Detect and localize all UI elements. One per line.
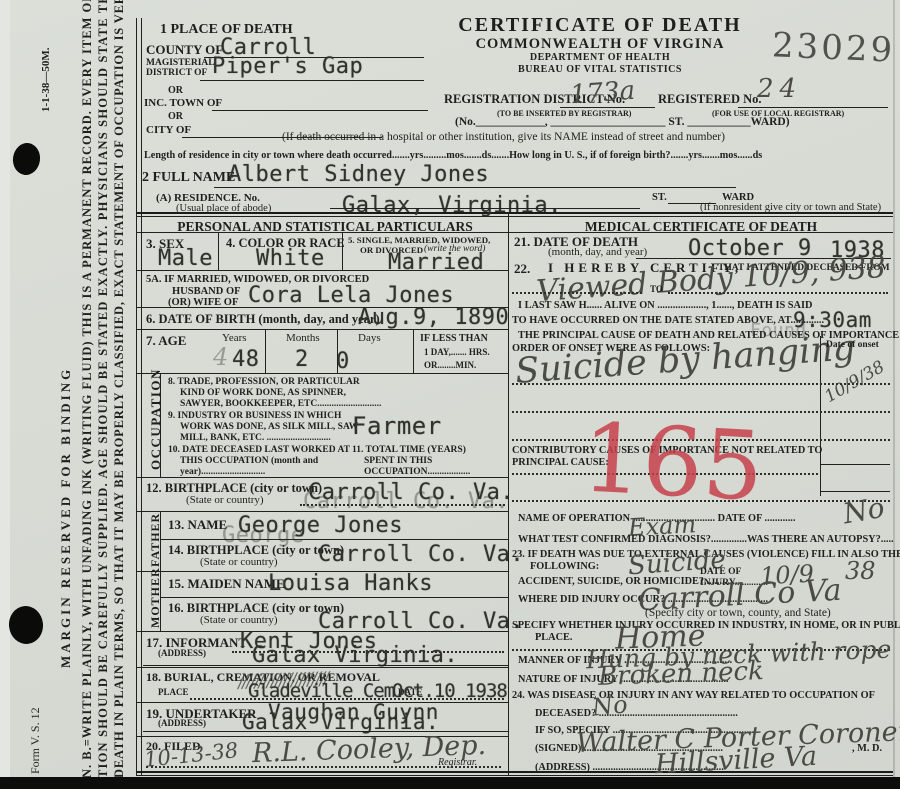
total-time-label-1: 11. TOTAL TIME (YEARS) (352, 445, 466, 455)
industry-label-2: WORK WAS DONE, AS SILK MILL, SAW (180, 422, 358, 432)
st-label: ST. (652, 192, 667, 203)
death-certificate-scan: 1-1-38—50M. Form V. S. 12 MARGIN RESERVE… (0, 0, 900, 789)
trade-label-3: SAWYER, BOOKKEEPER, ETC.................… (180, 399, 381, 409)
attended-leader-1 (512, 292, 642, 294)
race-value: White (256, 246, 325, 271)
form-border-left-inner (141, 18, 142, 775)
occupation-inner-divider (160, 373, 161, 477)
occupation-related-value: No (591, 690, 629, 722)
age-divider-2 (337, 329, 338, 373)
certify-number: 22. (514, 261, 530, 277)
age-months-value: 2 (295, 347, 309, 372)
informant-address-label: (ADDRESS) (158, 648, 206, 658)
age-divider-1 (265, 329, 266, 373)
onset-box-border (820, 336, 821, 496)
department-line: DEPARTMENT OF HEALTH (455, 52, 745, 63)
father-name-value: George Jones (238, 513, 403, 538)
last-saw-line: I LAST SAW H...... ALIVE ON ............… (518, 300, 812, 311)
mother-birthplace-note: (State or country) (200, 614, 278, 626)
to-label: TO (650, 284, 663, 294)
autopsy-value-handwriting: No (840, 491, 886, 531)
age-days-label: Days (358, 332, 381, 344)
father-inner-divider (160, 511, 161, 571)
attended-leader-2 (668, 292, 888, 294)
inc-town-label: INC. TOWN OF (144, 97, 222, 109)
margin-nb-line2: TION SHOULD BE CAREFULLY SUPPLIED. AGE S… (96, 0, 111, 778)
industry-label-1: 9. INDUSTRY OR BUSINESS IN WHICH (168, 411, 341, 421)
total-time-label-3: OCCUPATION.................. (364, 467, 470, 477)
full-name-value: Albert Sidney Jones (228, 162, 489, 187)
margin-print-code: 1-1-38—50M. (40, 48, 52, 112)
sex-value: Male (158, 246, 213, 271)
marital-value: Married (388, 250, 484, 275)
row-rule-13 (136, 511, 508, 512)
injury-year-value: 38 (845, 557, 876, 585)
occupation-related-line-1: 24. WAS DISEASE OR INJURY IN ANY WAY REL… (512, 690, 875, 701)
dob-value: Aug.9, 1890 (358, 305, 509, 330)
cause-leader-1 (512, 383, 890, 385)
undertaker-address-label: (ADDRESS) (158, 718, 206, 728)
red-code-number: 165 (579, 403, 766, 522)
district-underline (200, 80, 424, 81)
row-rule-7 (136, 329, 508, 330)
district-label-1: MAGISTERIAL (146, 58, 215, 68)
birthplace-leader (300, 504, 505, 506)
full-name-underline (214, 187, 736, 188)
specify-line-2: PLACE. (535, 632, 572, 643)
margin-nb-line3: DEATH IN PLAIN TERMS, SO THAT IT MAY BE … (112, 0, 127, 778)
last-worked-label-3: year)........................... (180, 467, 265, 477)
burial-place-label: PLACE (158, 687, 189, 697)
scan-edge-right (893, 0, 895, 777)
father-birthplace-value: Carroll Co. Va. (318, 542, 524, 567)
registration-underline (560, 107, 655, 108)
age-divider-3 (413, 329, 414, 373)
where-injury-note: (Specify city or town, county, and State… (645, 607, 831, 619)
scan-edge-bottom (0, 777, 900, 789)
length-of-residence-line: Length of residence in city or town wher… (144, 150, 762, 161)
onset-box-line-1 (820, 464, 890, 465)
punch-hole-top (11, 141, 42, 176)
injury-date-label-1: DATE OF (700, 567, 741, 577)
medical-header-rule (508, 232, 893, 233)
date-of-death-note: (month, day, and year) (548, 246, 647, 258)
scan-edge-left (0, 0, 10, 789)
inc-town-underline (212, 110, 428, 111)
industry-label-3: MILL, BANK, ETC. .......................… (180, 433, 331, 443)
last-worked-label-1: 10. DATE DECEASED LAST WORKED AT (168, 445, 350, 455)
test-autopsy-line: WHAT TEST CONFIRMED DIAGNOSIS?..........… (518, 534, 894, 545)
specify-line-1: SPECIFY WHETHER INJURY OCCURRED IN INDUS… (512, 620, 900, 631)
registrar-note-left: (TO BE INSERTED BY REGISTRAR) (497, 109, 631, 118)
birthplace-note: (State or country) (186, 494, 264, 506)
or-label-1: OR (168, 85, 183, 96)
informant-underline (143, 665, 508, 666)
margin-binding-note: MARGIN RESERVED FOR BINDING (58, 367, 74, 668)
mother-maiden-value: Louisa Hanks (268, 571, 433, 596)
commonwealth-subtitle: COMMONWEALTH OF VIRGINA (455, 36, 745, 53)
date-of-onset-label: Date of onset (826, 340, 879, 350)
abode-note: (Usual place of abode) (176, 203, 271, 214)
mother-inner-divider (160, 571, 161, 631)
if-less-label-3: OR........MIN. (424, 360, 476, 370)
nature-injury-value: Broken neck (598, 656, 765, 692)
nonresident-note: (If nonresident give city or town and St… (700, 202, 881, 213)
trade-label-1: 8. TRADE, PROFESSION, OR PARTICULAR (168, 377, 360, 387)
residence-underline (330, 208, 640, 209)
mother-divider (160, 597, 508, 598)
if-less-label-2: 1 DAY,....... HRS. (424, 347, 490, 357)
registrar-note-right: (FOR USE OF LOCAL REGISTRAR) (712, 109, 844, 118)
form-border-left-outer (136, 18, 137, 775)
city-label: CITY OF (146, 124, 191, 136)
registered-underline (738, 107, 888, 108)
registration-district-value: 173a (569, 76, 636, 110)
margin-nb-line1: N. B.=WRITE PLAINLY, WITH UNFADING INK (… (80, 0, 95, 778)
trade-label-2: KIND OF WORK DONE, AS SPINNER, (180, 388, 346, 398)
registered-no-label: REGISTERED No. (658, 92, 762, 107)
age-label: 7. AGE (146, 333, 186, 349)
punch-hole-bottom (7, 604, 45, 645)
row-rule-5a (136, 270, 508, 271)
certificate-number-stamp: 23029 (771, 25, 896, 70)
residence-value: Galax, Virginia. (342, 193, 562, 218)
father-divider (160, 539, 508, 540)
external-causes-line-2: FOLLOWING: (530, 561, 599, 572)
if-less-label-1: IF LESS THAN (420, 333, 488, 344)
last-worked-label-2: THIS OCCUPATION (month and (180, 456, 318, 466)
father-birthplace-note: (State or country) (200, 556, 278, 568)
age-days-value: 0 (336, 349, 350, 374)
bureau-line: BUREAU OF VITAL STATISTICS (455, 64, 745, 75)
total-time-label-2: SPENT IN THIS (364, 456, 432, 466)
or-label-2: OR (168, 111, 183, 122)
personal-header-rule (136, 232, 508, 233)
registered-no-value: 24 (757, 74, 802, 104)
age-ghost-mark: 4 (213, 343, 228, 371)
birthplace-value: Carroll Co. Va. (308, 480, 514, 505)
row-rule-12 (136, 477, 508, 478)
dob-label: 6. DATE OF BIRTH (month, day, and year) (146, 312, 380, 327)
occupation-related-line-2: DECEASED? ..............................… (535, 708, 738, 719)
rule-bottom-heavy2 (136, 775, 893, 776)
full-name-label: 2 FULL NAME (142, 170, 235, 186)
district-label-2: DISTRICT OF (146, 68, 207, 78)
age-months-label: Months (286, 332, 320, 344)
row-rule-8 (136, 373, 508, 374)
md-label: , M. D. (852, 743, 882, 754)
industry-value: Farmer (352, 412, 442, 440)
hospital-note: (If death occurred in a hospital or othe… (282, 131, 725, 143)
father-name-label: 13. NAME (168, 517, 227, 533)
certificate-title: CERTIFICATE OF DEATH (455, 14, 745, 37)
sex-race-divider (218, 233, 219, 270)
filed-leader (146, 766, 501, 768)
margin-form-code: Form V. S. 12 (28, 707, 43, 774)
age-years-value: 48 (232, 347, 260, 372)
occupation-side-label: OCCUPATION (148, 368, 164, 470)
district-value: Piper's Gap (212, 54, 363, 79)
husband-of-label: HUSBAND OF (172, 286, 241, 297)
